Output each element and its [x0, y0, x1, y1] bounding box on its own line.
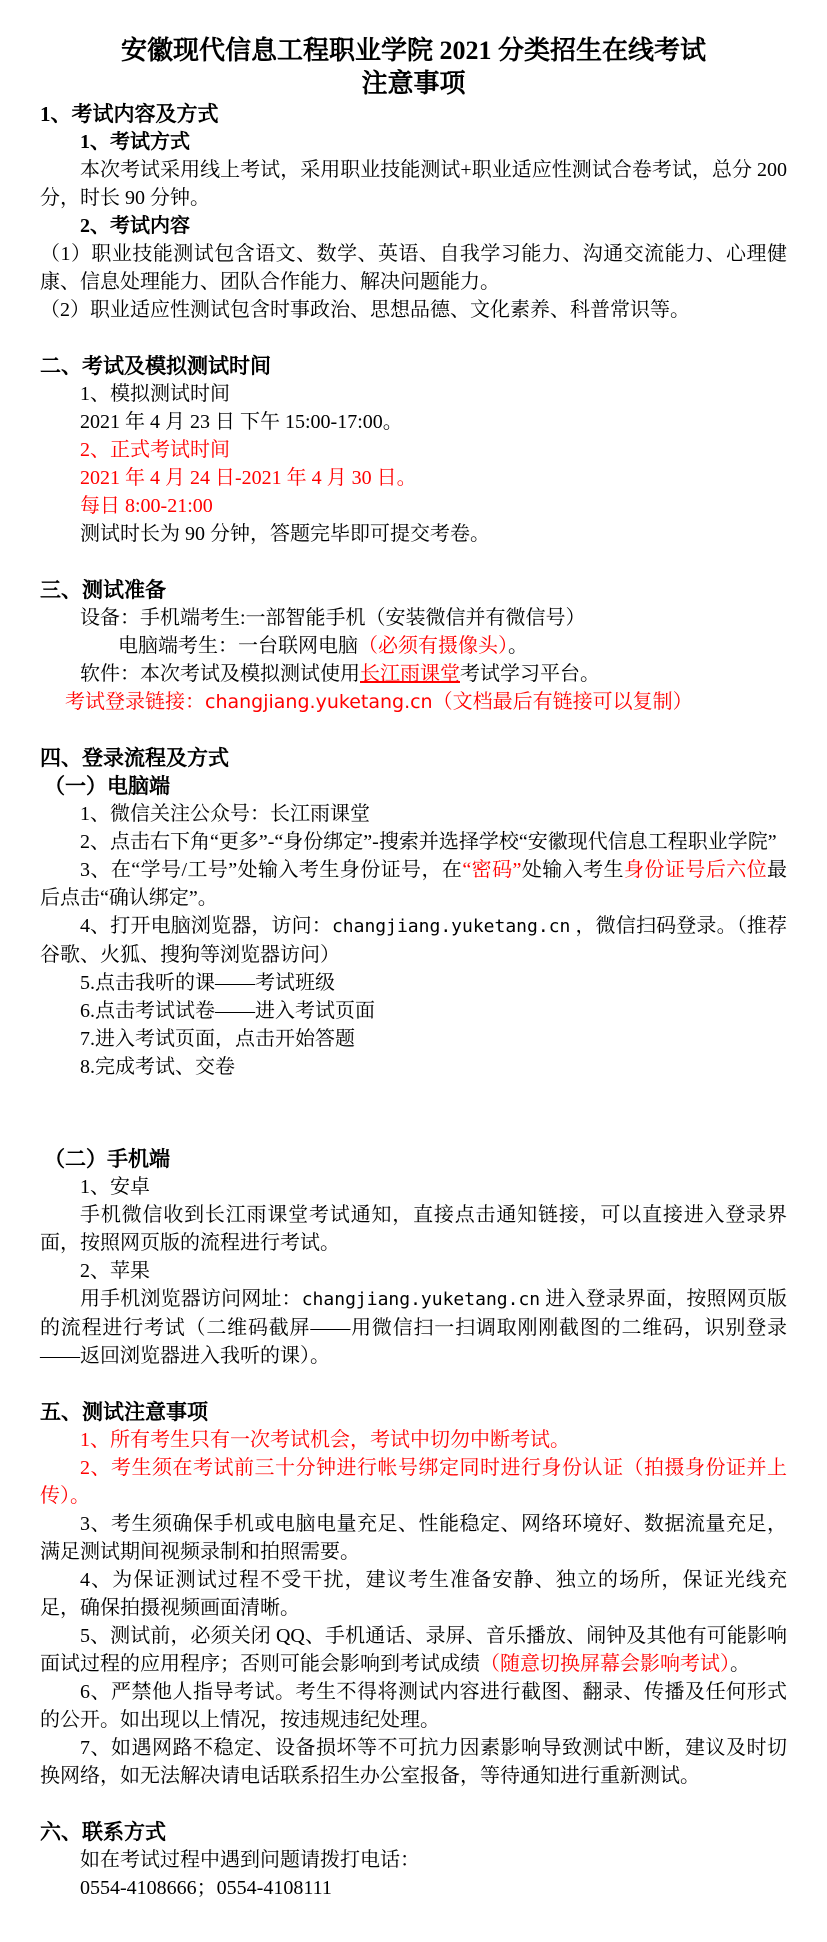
mobile-android-label: 1、安卓 [40, 1173, 787, 1201]
text-run: 1、所有考生只有一次考试机会，考试中切勿中断考试。 [80, 1429, 570, 1451]
mobile-browser-url: changjiang.yuketang.cn [302, 1289, 540, 1310]
spacer [40, 324, 787, 352]
pc-step-6: 6.点击考试试卷——进入考试页面 [40, 997, 787, 1025]
mobile-android-text: 手机微信收到长江雨课堂考试通知，直接点击通知链接，可以直接进入登录界面，按照网页… [40, 1201, 787, 1257]
spacer [40, 1109, 787, 1145]
text-run: 2、正式考试时间 [80, 439, 230, 461]
formal-exam-time-label: 2、正式考试时间 [40, 436, 787, 464]
device-phone-line: 设备：手机端考生:一部智能手机（安装微信并有微信号） [40, 604, 787, 632]
text-run: 本次考试采用线上考试，采用职业技能测试+职业适应性测试合卷考试，总分 200 分… [40, 159, 792, 209]
text-run: （2）职业适应性测试包含时事政治、思想品德、文化素养、科普常识等。 [40, 299, 690, 321]
text-run: 1、安卓 [80, 1176, 150, 1198]
notice-item-1: 1、所有考生只有一次考试机会，考试中切勿中断考试。 [40, 1426, 787, 1454]
text-run: （二）手机端 [44, 1147, 170, 1171]
text-run: 6.点击考试试卷——进入考试页面 [80, 1000, 375, 1022]
text-run: 四、登录流程及方式 [40, 746, 229, 770]
formal-exam-date-range: 2021 年 4 月 24 日-2021 年 4 月 30 日。 [40, 464, 787, 492]
text-run: 手机微信收到长江雨课堂考试通知，直接点击通知链接，可以直接进入登录界面，按照网页… [40, 1204, 787, 1254]
heading-section-3: 三、测试准备 [40, 576, 787, 604]
notice-item-6: 6、严禁他人指导考试。考生不得将测试内容进行截图、翻录、传播及任何形式的公开。如… [40, 1678, 787, 1734]
phone-numbers: 0554-4108666；0554-4108111 [40, 1874, 787, 1902]
text-run: 身份证号后六位 [624, 859, 767, 881]
pc-step-5: 5.点击我听的课——考试班级 [40, 969, 787, 997]
text-run: 。 [508, 635, 528, 657]
text-run: 4、打开电脑浏览器，访问： [80, 915, 332, 937]
spacer [40, 1081, 787, 1109]
text-run: 处输入考生 [521, 859, 624, 881]
exam-login-link-line: 考试登录链接：changjiang.yuketang.cn（文档最后有链接可以复… [40, 688, 787, 716]
text-run: 1、模拟测试时间 [80, 383, 230, 405]
exam-method-text: 本次考试采用线上考试，采用职业技能测试+职业适应性测试合卷考试，总分 200 分… [40, 156, 787, 212]
pc-step-7: 7.进入考试页面，点击开始答题 [40, 1025, 787, 1053]
text-run: （1）职业技能测试包含语文、数学、英语、自我学习能力、沟通交流能力、心理健康、信… [40, 243, 787, 293]
text-run: 设备：手机端考生:一部智能手机（安装微信并有微信号） [80, 607, 586, 629]
mobile-apple-text: 用手机浏览器访问网址：changjiang.yuketang.cn 进入登录界面… [40, 1285, 787, 1370]
document-body: 1、考试内容及方式1、考试方式本次考试采用线上考试，采用职业技能测试+职业适应性… [40, 100, 787, 1902]
heading-exam-content: 2、考试内容 [40, 212, 787, 240]
text-run: 8.完成考试、交卷 [80, 1056, 235, 1078]
mock-test-time-label: 1、模拟测试时间 [40, 380, 787, 408]
spacer [40, 716, 787, 744]
contact-intro: 如在考试过程中遇到问题请拨打电话： [40, 1846, 787, 1874]
text-run: （文档最后有链接可以复制） [433, 691, 693, 713]
text-run: （必须有摄像头） [358, 635, 508, 657]
test-duration-text: 测试时长为 90 分钟，答题完毕即可提交考卷。 [40, 520, 787, 548]
document-page: 安徽现代信息工程职业学院 2021 分类招生在线考试 注意事项 1、考试内容及方… [0, 0, 827, 1942]
notice-item-4: 4、为保证测试过程不受干扰，建议考生准备安静、独立的场所，保证光线充足，确保拍摄… [40, 1566, 787, 1622]
mock-test-time-value: 2021 年 4 月 23 日 下午 15:00-17:00。 [40, 408, 787, 436]
notice-item-5: 5、测试前，必须关闭 QQ、手机通话、录屏、音乐播放、闹钟及其他有可能影响面试过… [40, 1622, 787, 1678]
spacer [40, 1370, 787, 1398]
text-run: 电脑端考生：一台联网电脑 [118, 635, 358, 657]
heading-section-5: 五、测试注意事项 [40, 1398, 787, 1426]
software-line: 软件：本次考试及模拟测试使用长江雨课堂考试学习平台。 [40, 660, 787, 688]
text-run: 三、测试准备 [40, 578, 166, 602]
pc-browser-url: changjiang.yuketang.cn [332, 916, 570, 937]
text-run: 2021 年 4 月 23 日 下午 15:00-17:00。 [80, 411, 403, 433]
heading-exam-method: 1、考试方式 [40, 128, 787, 156]
text-run: 五、测试注意事项 [40, 1400, 208, 1424]
notice-item-7: 7、如遇网路不稳定、设备损坏等不可抗力因素影响导致测试中断，建议及时切换网络，如… [40, 1734, 787, 1790]
yuketang-link[interactable]: 长江雨课堂 [360, 663, 460, 685]
text-run: “密码” [462, 859, 521, 881]
heading-pc-client: （一）电脑端 [40, 772, 787, 800]
text-run: 考试学习平台。 [460, 663, 600, 685]
text-run: 7.进入考试页面，点击开始答题 [80, 1028, 355, 1050]
notice-item-2: 2、考生须在考试前三十分钟进行帐号绑定同时进行身份认证（拍摄身份证并上传）。 [40, 1454, 787, 1510]
text-run: 6、严禁他人指导考试。考生不得将测试内容进行截图、翻录、传播及任何形式的公开。如… [40, 1681, 787, 1731]
pc-step-3: 3、在“学号/工号”处输入考生身份证号，在“密码”处输入考生身份证号后六位最后点… [40, 856, 787, 912]
formal-exam-daily-hours: 每日 8:00-21:00 [40, 492, 787, 520]
heading-mobile-client: （二）手机端 [40, 1145, 787, 1173]
pc-step-1: 1、微信关注公众号：长江雨课堂 [40, 800, 787, 828]
text-run: 4、为保证测试过程不受干扰，建议考生准备安静、独立的场所，保证光线充足，确保拍摄… [40, 1569, 787, 1619]
text-run: 7、如遇网路不稳定、设备损坏等不可抗力因素影响导致测试中断，建议及时切换网络，如… [40, 1737, 787, 1787]
text-run: （一）电脑端 [44, 774, 170, 798]
text-run: 测试时长为 90 分钟，答题完毕即可提交考卷。 [80, 523, 490, 545]
text-run: 软件：本次考试及模拟测试使用 [80, 663, 360, 685]
exam-content-item-2: （2）职业适应性测试包含时事政治、思想品德、文化素养、科普常识等。 [40, 296, 787, 324]
heading-section-4: 四、登录流程及方式 [40, 744, 787, 772]
text-run: 0554-4108666；0554-4108111 [80, 1877, 332, 1899]
text-run: 2、点击右下角“更多”-“身份绑定”-搜索并选择学校“安徽现代信息工程职业学院” [80, 831, 777, 853]
text-run: （随意切换屏幕会影响考试） [480, 1653, 730, 1675]
notice-item-3: 3、考生须确保手机或电脑电量充足、性能稳定、网络环境好、数据流量充足，满足测试期… [40, 1510, 787, 1566]
pc-step-4: 4、打开电脑浏览器，访问：changjiang.yuketang.cn ，微信扫… [40, 912, 787, 969]
text-run: 2021 年 4 月 24 日-2021 年 4 月 30 日。 [80, 467, 417, 489]
exam-login-url[interactable]: changjiang.yuketang.cn [205, 691, 433, 713]
spacer [40, 1790, 787, 1818]
text-run: 2、考试内容 [80, 215, 190, 237]
heading-section-2: 二、考试及模拟测试时间 [40, 352, 787, 380]
spacer [40, 548, 787, 576]
text-run: 2、苹果 [80, 1260, 150, 1282]
pc-step-8: 8.完成考试、交卷 [40, 1053, 787, 1081]
document-title-line2: 注意事项 [40, 67, 787, 100]
text-run: 3、在“学号/工号”处输入考生身份证号，在 [80, 859, 462, 881]
mobile-apple-label: 2、苹果 [40, 1257, 787, 1285]
text-run: 二、考试及模拟测试时间 [40, 354, 271, 378]
text-run: 如在考试过程中遇到问题请拨打电话： [80, 1849, 420, 1871]
text-run: 1、考试内容及方式 [40, 102, 219, 126]
text-run: 1、考试方式 [80, 131, 190, 153]
pc-step-2: 2、点击右下角“更多”-“身份绑定”-搜索并选择学校“安徽现代信息工程职业学院” [40, 828, 787, 856]
text-run: 1、微信关注公众号：长江雨课堂 [80, 803, 370, 825]
text-run: 3、考生须确保手机或电脑电量充足、性能稳定、网络环境好、数据流量充足，满足测试期… [40, 1513, 787, 1563]
text-run: 2、考生须在考试前三十分钟进行帐号绑定同时进行身份认证（拍摄身份证并上传）。 [40, 1457, 787, 1507]
text-run: 每日 8:00-21:00 [80, 495, 213, 517]
device-pc-line: 电脑端考生：一台联网电脑（必须有摄像头）。 [40, 632, 787, 660]
text-run: 5.点击我听的课——考试班级 [80, 972, 335, 994]
text-run: 用手机浏览器访问网址： [80, 1288, 302, 1310]
text-run: 考试登录链接： [65, 691, 205, 713]
text-run: 。 [730, 1653, 750, 1675]
heading-section-6: 六、联系方式 [40, 1818, 787, 1846]
heading-section-1: 1、考试内容及方式 [40, 100, 787, 128]
document-title-line1: 安徽现代信息工程职业学院 2021 分类招生在线考试 [40, 34, 787, 67]
exam-content-item-1: （1）职业技能测试包含语文、数学、英语、自我学习能力、沟通交流能力、心理健康、信… [40, 240, 787, 296]
text-run: 六、联系方式 [40, 1820, 166, 1844]
